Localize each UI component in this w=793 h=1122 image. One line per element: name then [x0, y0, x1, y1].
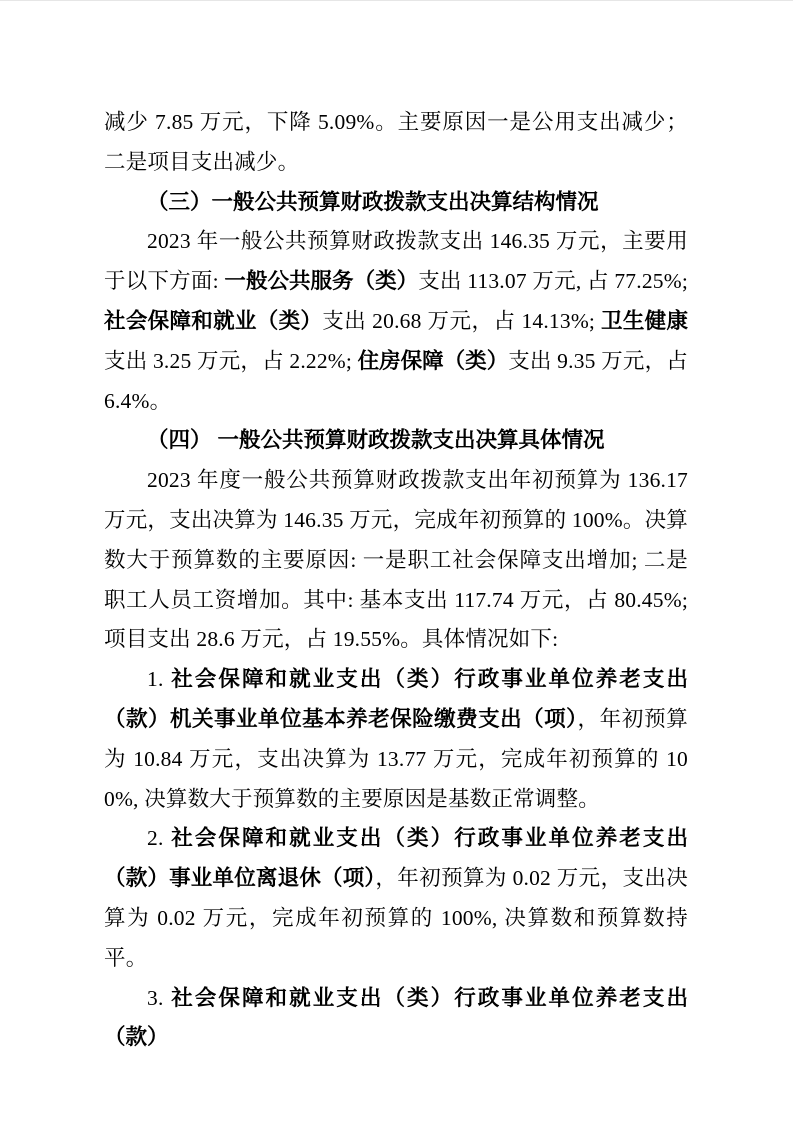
body-paragraph: 2023 年一般公共预算财政拨款支出 146.35 万元，主要用于以下方面: 一…: [104, 222, 688, 421]
text-run: 支出 3.25 万元，占 2.22%;: [104, 349, 358, 373]
text-run: 支出 20.68 万元，占 14.13%;: [322, 309, 601, 333]
section-heading: （四） 一般公共预算财政拨款支出决算具体情况: [104, 421, 688, 461]
emphasis-text-run: 一般公共服务（类）: [224, 269, 418, 293]
text-run: 3.: [147, 986, 171, 1010]
emphasis-text-run: （四） 一般公共预算财政拨款支出决算具体情况: [147, 428, 604, 452]
text-run: 减少 7.85 万元，下降 5.09%。主要原因一是公用支出减少；二是项目支出减…: [104, 110, 688, 174]
body-paragraph: 3. 社会保障和就业支出（类）行政事业单位养老支出（款）: [104, 979, 688, 1059]
text-run: 1.: [147, 667, 171, 691]
body-paragraph: 2023 年度一般公共预算财政拨款支出年初预算为 136.17 万元，支出决算为…: [104, 461, 688, 660]
emphasis-text-run: 住房保障（类）: [358, 349, 509, 373]
emphasis-text-run: （三）一般公共预算财政拨款支出决算结构情况: [147, 190, 599, 214]
text-run: 2.: [147, 826, 171, 850]
document-body: 减少 7.85 万元，下降 5.09%。主要原因一是公用支出减少；二是项目支出减…: [104, 103, 688, 1058]
section-heading: （三）一般公共预算财政拨款支出决算结构情况: [104, 183, 688, 223]
document-page: 减少 7.85 万元，下降 5.09%。主要原因一是公用支出减少；二是项目支出减…: [0, 0, 793, 1122]
body-paragraph: 减少 7.85 万元，下降 5.09%。主要原因一是公用支出减少；二是项目支出减…: [104, 103, 688, 183]
emphasis-text-run: 社会保障和就业（类）: [104, 309, 322, 333]
body-paragraph: 2. 社会保障和就业支出（类）行政事业单位养老支出（款）事业单位离退休（项），年…: [104, 819, 688, 978]
text-run: 2023 年度一般公共预算财政拨款支出年初预算为 136.17 万元，支出决算为…: [104, 468, 688, 651]
emphasis-text-run: 卫生健康: [601, 309, 688, 333]
emphasis-text-run: 社会保障和就业支出（类）行政事业单位养老支出（款）: [104, 986, 688, 1050]
text-run: 支出 113.07 万元, 占 77.25%;: [418, 269, 688, 293]
body-paragraph: 1. 社会保障和就业支出（类）行政事业单位养老支出（款）机关事业单位基本养老保险…: [104, 660, 688, 819]
